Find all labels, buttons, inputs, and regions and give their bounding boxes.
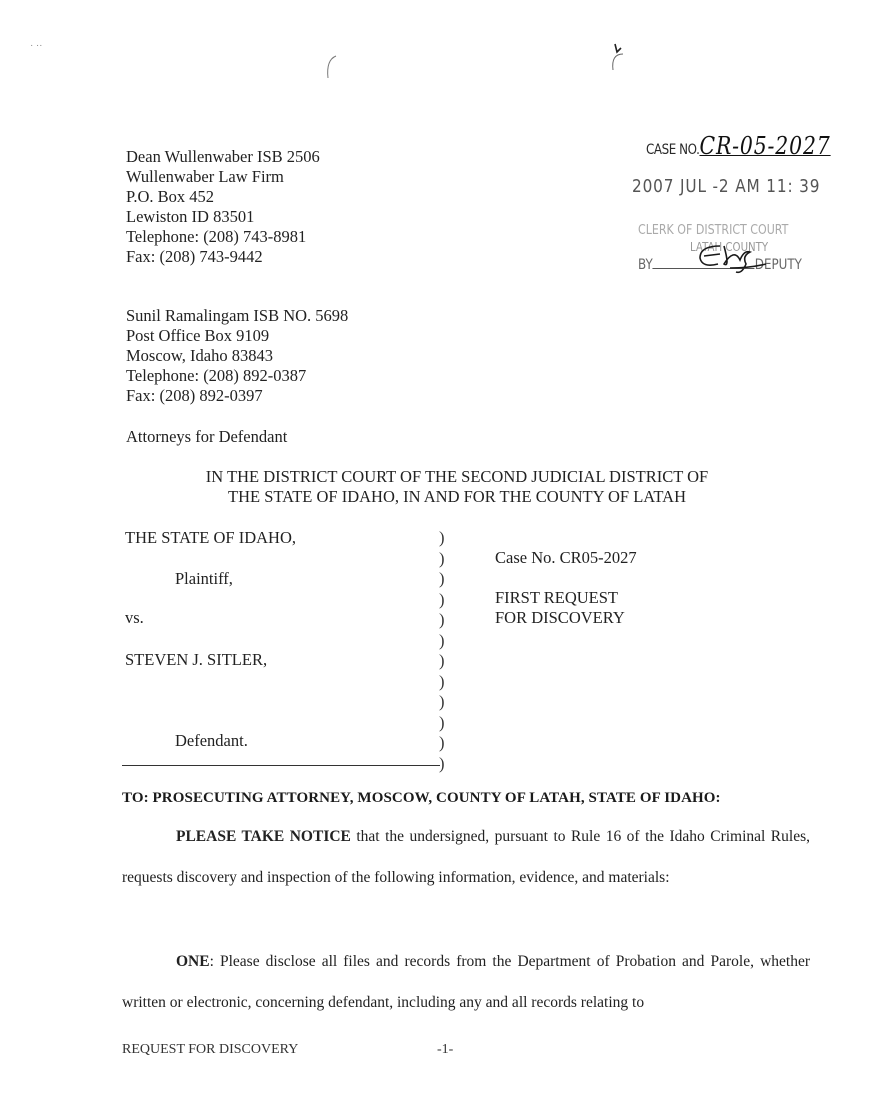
court-header-line2: THE STATE OF IDAHO, IN AND FOR THE COUNT… (0, 487, 894, 507)
caption-paren: ) (439, 569, 445, 590)
caption-paren: ) (439, 692, 445, 713)
footer-page-number: -1- (437, 1042, 453, 1058)
attorney-line: Lewiston ID 83501 (126, 207, 320, 227)
stamp-case-label: CASE NO. (646, 142, 699, 158)
attorney-line: Telephone: (208) 892-0387 (126, 366, 348, 386)
attorney-line: Dean Wullenwaber ISB 2506 (126, 147, 320, 167)
caption-paren: ) (439, 631, 445, 652)
attorney-line: Fax: (208) 743-9442 (126, 247, 320, 267)
attorney-line: P.O. Box 452 (126, 187, 320, 207)
scan-artifact-mark (605, 40, 635, 76)
attorney-block-primary: Dean Wullenwaber ISB 2506 Wullenwaber La… (126, 147, 320, 267)
caption-plaintiff-role: Plaintiff, (175, 569, 233, 589)
caption-paren: ) (439, 713, 445, 734)
stamp-case-number: CASE NO.CR-05-2027 (646, 132, 831, 160)
request-one-paragraph: ONE: Please disclose all files and recor… (122, 941, 810, 1023)
attorney-line: Wullenwaber Law Firm (126, 167, 320, 187)
document-title-line1: FIRST REQUEST (495, 588, 625, 608)
scan-artifact: ˙ ˙˙ (30, 44, 43, 55)
caption-paren: ) (439, 549, 445, 570)
caption-paren: ) (439, 528, 445, 549)
addressee-line: TO: PROSECUTING ATTORNEY, MOSCOW, COUNTY… (122, 790, 721, 807)
attorney-block-secondary: Sunil Ramalingam ISB NO. 5698 Post Offic… (126, 306, 348, 406)
attorney-line: Fax: (208) 892-0397 (126, 386, 348, 406)
caption-versus: vs. (125, 608, 144, 628)
caption-plaintiff-name: THE STATE OF IDAHO, (125, 528, 296, 548)
stamp-by-label: BY (638, 257, 653, 273)
court-header: IN THE DISTRICT COURT OF THE SECOND JUDI… (0, 467, 894, 507)
caption-paren: ) (439, 590, 445, 611)
attorneys-for-label: Attorneys for Defendant (126, 427, 287, 447)
attorney-line: Telephone: (208) 743-8981 (126, 227, 320, 247)
caption-defendant-name: STEVEN J. SITLER, (125, 650, 267, 670)
caption-paren: ) (439, 754, 445, 775)
caption-defendant-role: Defendant. (175, 731, 248, 751)
document-title-line2: FOR DISCOVERY (495, 608, 625, 628)
caption-divider-line (122, 765, 440, 766)
handwritten-case-number: CR-05-2027 (699, 132, 830, 160)
caption-paren: ) (439, 651, 445, 672)
attorney-line: Sunil Ramalingam ISB NO. 5698 (126, 306, 348, 326)
caption-paren: ) (439, 610, 445, 631)
request-one-text: : Please disclose all files and records … (122, 953, 810, 1011)
notice-paragraph: PLEASE TAKE NOTICE that the undersigned,… (122, 816, 810, 898)
caption-paren: ) (439, 672, 445, 693)
stamp-clerk-line: CLERK OF DISTRICT COURT (638, 223, 788, 238)
stamp-filed-datetime: 2007 JUL -2 AM 11: 39 (632, 176, 820, 197)
notice-lead: PLEASE TAKE NOTICE (176, 828, 351, 845)
attorney-line: Post Office Box 9109 (126, 326, 348, 346)
footer-document-title: REQUEST FOR DISCOVERY (122, 1042, 298, 1058)
deputy-signature (690, 238, 770, 278)
court-header-line1: IN THE DISTRICT COURT OF THE SECOND JUDI… (0, 467, 894, 487)
caption-case-number: Case No. CR05-2027 (495, 548, 637, 568)
request-one-lead: ONE (176, 953, 210, 970)
caption-paren-column: )))))))))))) (439, 528, 445, 774)
document-title: FIRST REQUEST FOR DISCOVERY (495, 588, 625, 628)
caption-paren: ) (439, 733, 445, 754)
attorney-line: Moscow, Idaho 83843 (126, 346, 348, 366)
scan-artifact-mark (322, 52, 342, 82)
